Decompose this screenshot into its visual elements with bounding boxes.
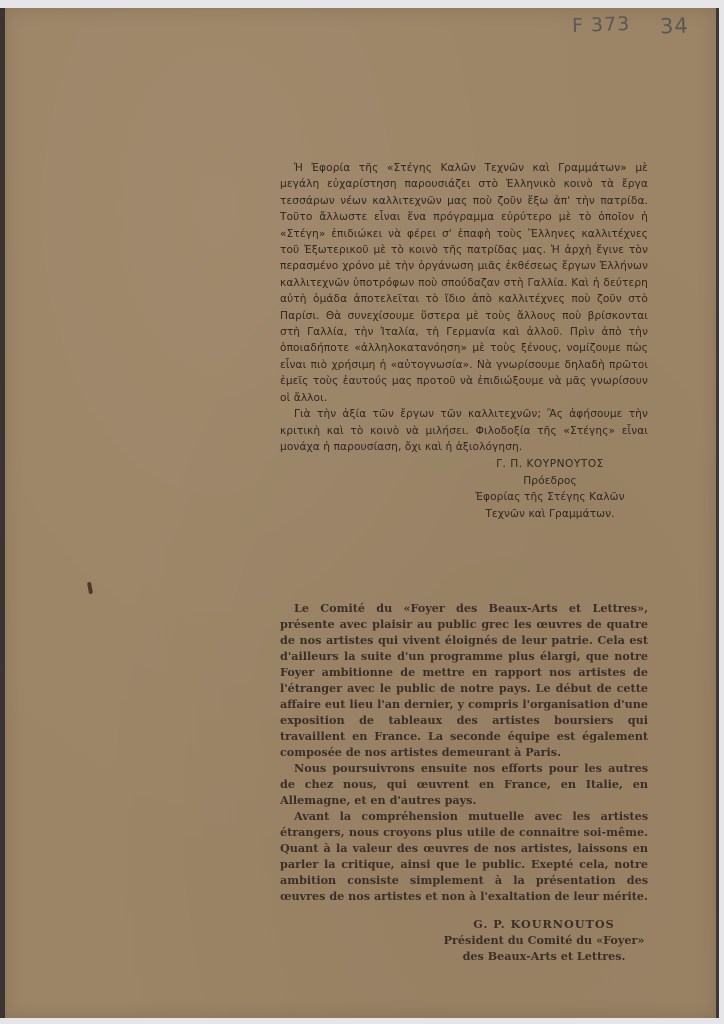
- french-paragraph-1: Le Comité du «Foyer des Beaux-Arts et Le…: [280, 600, 648, 760]
- greek-signature-org-line2: Τεχνῶν καὶ Γραμμάτων.: [450, 506, 650, 522]
- french-paragraph-2: Nous poursuivrons ensuite nos efforts po…: [280, 760, 648, 808]
- greek-paragraph-2: Γιὰ τὴν ἀξία τῶν ἔργων τῶν καλλιτεχνῶν; …: [280, 406, 648, 455]
- french-signature-name: G. P. KOURNOUTOS: [430, 916, 658, 932]
- french-signature-title-line2: des Beaux-Arts et Lettres.: [430, 948, 658, 964]
- french-paragraph-3: Avant la compréhension mutuelle avec les…: [280, 808, 648, 904]
- french-signature-title-line1: Président du Comité du «Foyer»: [430, 932, 658, 948]
- handwritten-page-number: 34: [660, 14, 690, 39]
- handwritten-call-number: F 373: [572, 13, 631, 37]
- page-right-edge: [716, 8, 719, 1018]
- french-text-section: Le Comité du «Foyer des Beaux-Arts et Le…: [280, 600, 648, 964]
- french-signature: G. P. KOURNOUTOS Président du Comité du …: [430, 916, 658, 964]
- greek-signature-title: Πρόεδρος: [450, 473, 650, 489]
- greek-signature-name: Γ. Π. ΚΟΥΡΝΟΥΤΟΣ: [450, 456, 650, 472]
- greek-signature: Γ. Π. ΚΟΥΡΝΟΥΤΟΣ Πρόεδρος Ἐφορίας τῆς Στ…: [450, 456, 650, 522]
- page-binding-edge: [0, 8, 5, 1018]
- greek-signature-org-line1: Ἐφορίας τῆς Στέγης Καλῶν: [450, 489, 650, 505]
- greek-paragraph-1: Ἡ Ἐφορία τῆς «Στέγης Καλῶν Τεχνῶν καὶ Γρ…: [280, 160, 648, 406]
- greek-text-section: Ἡ Ἐφορία τῆς «Στέγης Καλῶν Τεχνῶν καὶ Γρ…: [280, 160, 648, 522]
